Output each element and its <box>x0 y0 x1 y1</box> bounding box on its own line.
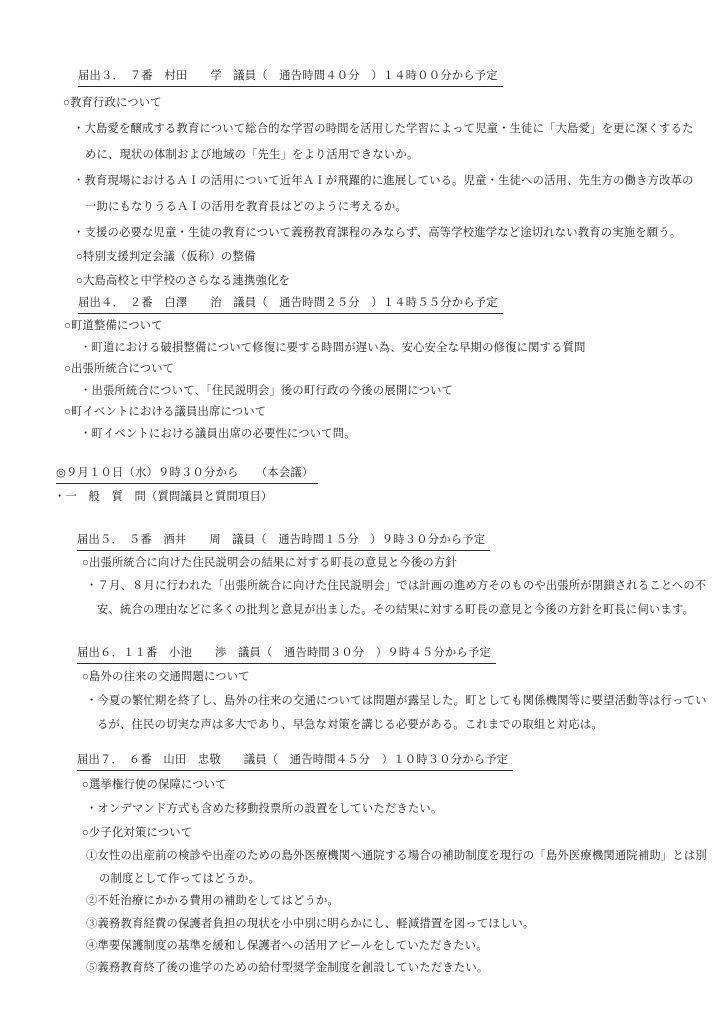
notice5-topic-briefing-results: ○出張所統合に向けた住民説明会の結果に対する町長の意見と今後の方針 <box>82 556 457 571</box>
notice5-bullet1-line1: ・７月、８月に行われた「出張所統合に向けた住民説明会」では計画の進め方そのものや… <box>86 579 706 594</box>
notice5-bullet1-line2: 安、統合の理由などに多くの批判と意見が出ました。その結果に対する町長の意見と今後… <box>97 603 694 618</box>
notice7-topic-declining-birthrate: ○少子化対策について <box>82 826 192 841</box>
notice5-header: 届出５． ５番 酒井 周 議員（ 通告時間１５分 ）９時３０分から予定 <box>77 533 490 551</box>
notice3-header: 届出３． ７番 村田 学 議員（ 通告時間４０分 ）１４時００分から予定 <box>78 69 503 87</box>
notice7-item1-line1: ①女性の出産前の検診や出産のための島外医療機関へ通院する場合の補助制度を現行の「… <box>86 849 707 864</box>
notice4-bullet1: ・町道における破損整備について修復に要する時間が遅い為、安心安全な早期の修復に関… <box>80 341 586 356</box>
notice7-header: 届出７． ６番 山田 忠敬 議員（ 通告時間４５分 ）１０時３０分から予定 <box>77 753 513 771</box>
notice6-topic-transport: ○島外の往来の交通問題について <box>82 670 250 685</box>
notice6-header: 届出６．１１番 小池 渉 議員（ 通告時間３０分 ）９時４５分から予定 <box>77 646 496 664</box>
notice3-bullet3: ・支援の必要な児童・生徒の教育について義務教育課程のみならず、高等学校進学など途… <box>73 226 681 241</box>
notice4-header: 届出４． ２番 白澤 治 議員（ 通告時間２５分 ）１４時５５分から予定 <box>78 296 503 314</box>
notice6-bullet1-line1: ・今夏の繁忙期を終了し、島外の往来の交通については問題が露呈した。町としても関係… <box>86 694 707 709</box>
notice3-topic-special-support: ○特別支援判定会議（仮称）の整備 <box>76 250 255 265</box>
notice3-bullet2-line1: ・教育現場におけるＡＩの活用について近年ＡＩが飛躍的に進展している。児童・生徒へ… <box>73 174 694 189</box>
notice4-topic-branch-office: ○出張所統合について <box>64 362 174 377</box>
document-page: 届出３． ７番 村田 学 議員（ 通告時間４０分 ）１４時００分から予定 ○教育… <box>0 0 724 1024</box>
notice3-topic-highschool: ○大島高校と中学校のさらなる連携強化を <box>76 274 290 289</box>
session-subtitle: ・一 般 質 問（質問議員と質問項目） <box>54 490 272 505</box>
notice7-item2: ②不妊治療にかかる費用の補助をしてはどうか。 <box>86 894 339 909</box>
notice4-bullet3: ・町イベントにおける議員出席の必要性について問。 <box>80 427 356 442</box>
notice7-item3: ③義務教育経費の保護者負担の現状を小中別に明らかにし、軽減措置を図ってほしい。 <box>86 917 534 932</box>
notice7-topic-voting-rights: ○選挙権行使の保障について <box>82 778 227 793</box>
notice4-bullet2: ・出張所統合について、「住民説明会」後の町行政の今後の展開について <box>80 384 453 399</box>
notice3-bullet1-line2: めに、現状の体制および地域の「先生」をより活用できないか。 <box>85 148 418 163</box>
notice4-topic-town-events: ○町イベントにおける議員出席について <box>64 405 266 420</box>
notice7-item5: ⑤義務教育終了後の進学のための給付型奨学金制度を創設していただきたい。 <box>86 961 488 976</box>
notice3-topic-education: ○教育行政について <box>63 96 162 111</box>
notice7-item1-line2: の制度として作ってはどうか。 <box>99 872 260 887</box>
notice3-bullet1-line1: ・大島愛を醸成する教育について総合的な学習の時間を活用した学習によって児童・生徒… <box>73 122 694 137</box>
notice4-topic-roads: ○町道整備について <box>64 319 163 334</box>
notice7-item4: ④準要保護制度の基準を緩和し保護者への活用アピールをしていただきたい。 <box>86 939 488 954</box>
notice6-bullet1-line2: るが、住民の切実な声は多大であり、早急な対策を講じる必要がある。これまでの取組と… <box>97 718 603 733</box>
session-date-header: ◎９月１０日（水）９時３０分から （本会議） <box>56 466 318 484</box>
notice7-bullet1: ・オンデマンド方式も含めた移動投票所の設置をしていただきたい。 <box>86 802 442 817</box>
notice3-bullet2-line2: 一助にもなりうるＡＩの活用を教育長はどのように考えるか。 <box>85 200 407 215</box>
